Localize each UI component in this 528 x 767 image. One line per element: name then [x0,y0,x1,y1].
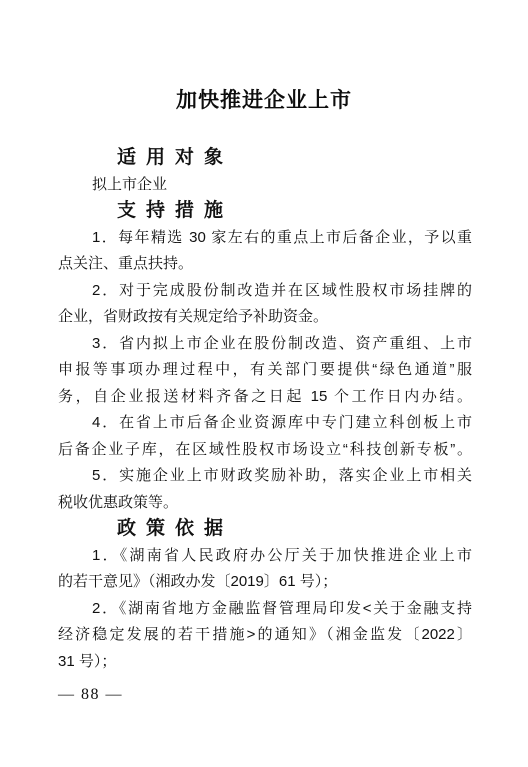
text-line: 4．在省上市后备企业资源库中专门建立科创板上市 [58,410,472,437]
section-heading-policy-basis: 政策依据 [58,516,472,543]
text-line: 1．《湖南省人民政府办公厅关于加快推进企业上市 [58,543,472,570]
text-line: 点关注、重点扶持。 [58,251,472,278]
text-line: 企业，省财政按有关规定给予补助资金。 [58,304,472,331]
text-line: 31 号）； [58,649,472,676]
page-number: — 88 — [58,686,123,704]
text-line: 2．对于完成股份制改造并在区域性股权市场挂牌的 [58,278,472,305]
text-line: 税收优惠政策等。 [58,490,472,517]
text-line: 后备企业子库，在区域性股权市场设立“科技创新专板”。 [58,437,472,464]
text-line: 经济稳定发展的若干措施>的通知》（湘金监发〔2022〕 [58,622,472,649]
text-line: 3．省内拟上市企业在股份制改造、资产重组、上市 [58,331,472,358]
text-line: 1．每年精选 30 家左右的重点上市后备企业，予以重 [58,225,472,252]
text-line: 拟上市企业 [58,172,472,199]
section-heading-applicable-targets: 适用对象 [58,145,472,172]
text-line: 2．《湖南省地方金融监督管理局印发<关于金融支持 [58,596,472,623]
text-line: 的若干意见》（湘政办发〔2019〕61 号）； [58,569,472,596]
text-line: 5．实施企业上市财政奖励补助，落实企业上市相关 [58,463,472,490]
document-page: 加快推进企业上市 适用对象 拟上市企业 支持措施 1．每年精选 30 家左右的重… [0,0,528,767]
document-body: 适用对象 拟上市企业 支持措施 1．每年精选 30 家左右的重点上市后备企业，予… [58,145,472,675]
text-line: 申报等事项办理过程中，有关部门要提供“绿色通道”服 [58,357,472,384]
section-heading-support-measures: 支持措施 [58,198,472,225]
text-line: 务，自企业报送材料齐备之日起 15 个工作日内办结。 [58,384,472,411]
page-title: 加快推进企业上市 [0,84,528,114]
